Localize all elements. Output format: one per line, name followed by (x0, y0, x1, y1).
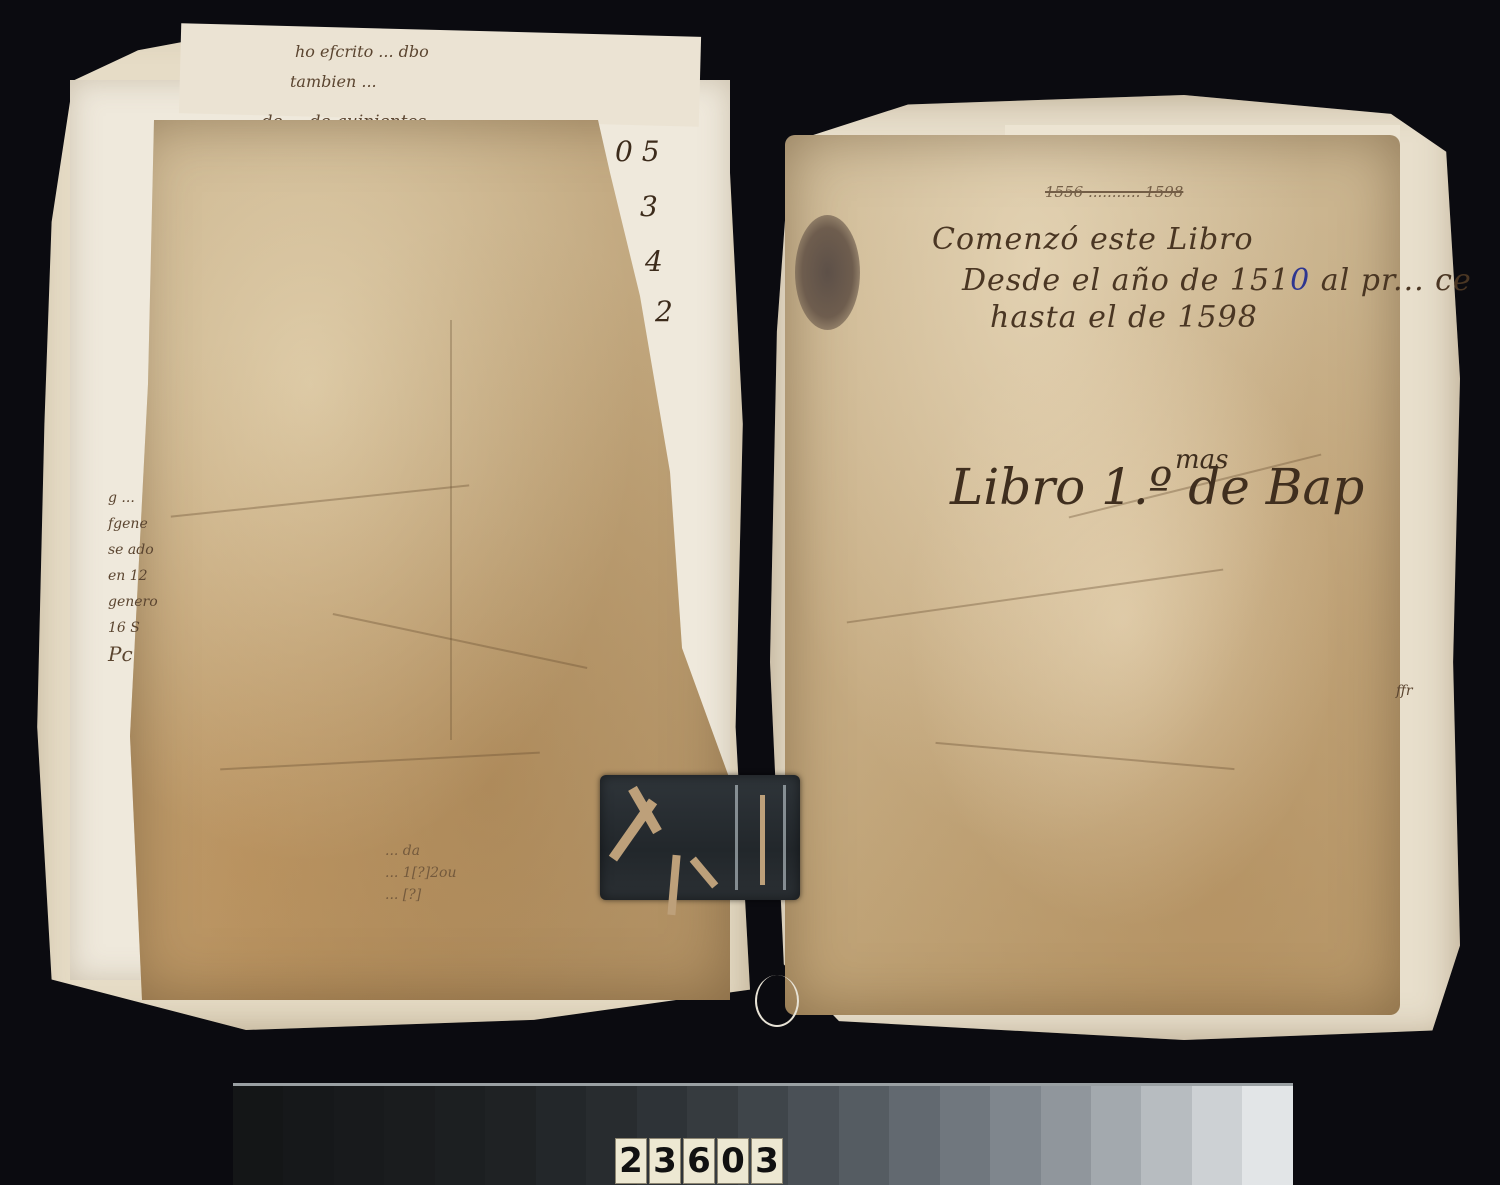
title-line-1: Comenzó este Libro (932, 222, 1254, 257)
margin-number-2: 3 (640, 190, 658, 223)
title-line-3: hasta el de 1598 (990, 300, 1258, 335)
dark-stain (795, 215, 860, 330)
label-digit: 3 (649, 1138, 681, 1184)
gray-step (1141, 1086, 1191, 1185)
title-line-2: Desde el año de 1510 al pr... ce (962, 263, 1472, 298)
blue-correction-digit: 0 (1290, 263, 1310, 298)
margin-number-1: 0 5 (615, 135, 660, 168)
left-margin-note: g ... fgene se ado en 12 genero 16 S Pc (108, 485, 158, 667)
gray-step (839, 1086, 889, 1185)
left-top-sheet-line-1: ho efcrito ... dbo (295, 42, 429, 61)
left-lower-inscription: ... da ... 1[?]2ou ... [?] (385, 840, 457, 906)
main-title: Libro 1.º de Bap (950, 458, 1364, 516)
gray-step (788, 1086, 838, 1185)
gray-step (990, 1086, 1040, 1185)
struck-date-line: 1556 ........... 1598 (1045, 183, 1183, 201)
archive-number-label: 23603 (615, 1138, 783, 1184)
gray-step (1192, 1086, 1242, 1185)
label-digit: 6 (683, 1138, 715, 1184)
gray-step (1041, 1086, 1091, 1185)
binding-thread (755, 975, 799, 1027)
left-top-sheet-line-2: tambien ... (290, 72, 377, 91)
main-title-superscript: mas (1175, 445, 1229, 475)
gray-step (889, 1086, 939, 1185)
margin-number-3: 4 (645, 245, 663, 278)
label-digit: 0 (717, 1138, 749, 1184)
gray-step (1242, 1086, 1292, 1185)
gray-step (334, 1086, 384, 1185)
gray-step (940, 1086, 990, 1185)
leather-clasp (600, 775, 800, 900)
gray-step (283, 1086, 333, 1185)
gray-step (1091, 1086, 1141, 1185)
margin-number-4: 2 (655, 295, 673, 328)
label-digit: 3 (751, 1138, 783, 1184)
label-digit: 2 (615, 1138, 647, 1184)
gray-step (233, 1086, 283, 1185)
gray-step (435, 1086, 485, 1185)
gray-step (384, 1086, 434, 1185)
gray-step (485, 1086, 535, 1185)
gray-step (536, 1086, 586, 1185)
right-margin-note: ffr (1396, 683, 1413, 699)
